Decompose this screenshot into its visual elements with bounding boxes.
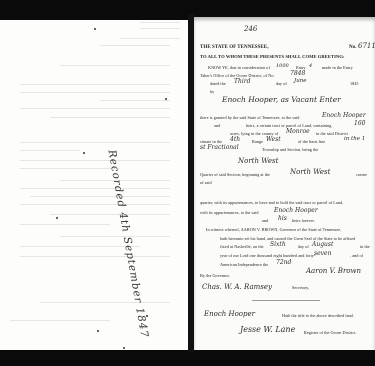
witness-line: In witness whereof, AARON V. BROWN, Gove… — [206, 227, 341, 232]
corner-label: corner — [356, 172, 367, 177]
year-line: year of our Lord one thousand eight hund… — [220, 253, 315, 258]
secretary-signature: Chas. W. A. Ramsey — [202, 283, 272, 291]
range-label: Range — [252, 139, 263, 144]
nashville-label: fixed at Nashville, on the — [220, 244, 264, 249]
appurtenances-label: with its appurtenances, to the said — [200, 210, 259, 215]
county-name: Monroe — [286, 128, 310, 135]
recorded-margin-note: Recorded 4th September 1847 — [106, 149, 151, 339]
register-signature: Jesse W. Lane — [240, 325, 295, 334]
heirs-forever: heirs forever. — [292, 218, 315, 223]
entry-acres: 1000 — [276, 63, 289, 69]
in-the-label: in the — [360, 244, 370, 249]
dated-month: June — [294, 78, 307, 84]
basis-line-label: of the basis line — [298, 139, 325, 144]
and-label-2: and — [262, 218, 268, 223]
day-of-label-2: day of — [298, 244, 309, 249]
page-number: 246 — [244, 25, 257, 33]
seal-line: hath hereunto set his hand, and caused t… — [220, 236, 355, 241]
greeting: TO ALL TO WHOM THESE PRESENTS SHALL COME… — [200, 54, 345, 59]
signing-month: August — [312, 241, 333, 248]
grantee-name: Enoch Hooper — [322, 112, 366, 119]
range-number: 4th — [230, 136, 240, 143]
para1-line1-end: made in the Entry — [322, 65, 353, 70]
corner-value: North West — [290, 168, 330, 176]
quarter-value: North West — [238, 157, 278, 165]
secretary-label: Secretary, — [292, 285, 309, 290]
holder-text: Hath the title to the above described la… — [282, 313, 354, 318]
and-label: and — [214, 123, 220, 128]
signing-day: Sixth — [270, 241, 286, 248]
acreage: 160 — [354, 120, 365, 127]
by-label: by — [210, 89, 214, 94]
pronoun: his — [278, 215, 287, 222]
township-value: st Fractional — [200, 144, 239, 151]
document-heading: THE STATE OF TENNESSEE, — [200, 45, 269, 50]
entry-number: 4 — [309, 63, 312, 69]
separator-line — [252, 300, 320, 301]
range-direction: West — [266, 136, 281, 143]
and-of-label: , and of — [350, 253, 363, 258]
habendum-line: quarter, with its appurtenances, to have… — [200, 200, 343, 205]
para1-line1: KNOW YE, that in consideration of — [208, 65, 270, 70]
holder-signature: Enoch Hooper — [204, 310, 255, 318]
dated-year: 1845 — [350, 81, 359, 86]
signing-year: seven — [314, 250, 331, 257]
entry-office-number: 7848 — [290, 70, 305, 77]
grant-number: 6711 — [358, 42, 375, 50]
by-governor-label: By the Governor, — [200, 273, 230, 278]
of-said-label: of said — [200, 180, 212, 185]
governor-signature: Aaron V. Brown — [306, 267, 361, 275]
register-text: Register of the Ocoee District. — [304, 330, 357, 335]
grant-no-label: No. — [349, 45, 357, 50]
independence-year: 72nd — [276, 259, 291, 266]
day-of-label: day of — [276, 81, 287, 86]
para2-line1: there is granted by the said State of Te… — [200, 115, 299, 120]
enterer-name: Enoch Hooper, as Vacant Enter — [222, 95, 341, 104]
left-page: Recorded 4th September 1847 — [0, 20, 188, 350]
right-page: 246 THE STATE OF TENNESSEE, No. 6711 TO … — [194, 17, 375, 350]
dated-label: dated the — [210, 81, 226, 86]
basis-line-value: in the 1 — [344, 136, 365, 142]
dated-day: Third — [234, 78, 251, 85]
grantee-name-2: Enoch Hooper — [274, 207, 318, 214]
beginning-label: Quarter of said Section; beginning at th… — [200, 172, 270, 177]
township-label: Township and Section, being the — [262, 147, 318, 152]
independence-label: American Independence the — [220, 262, 268, 267]
